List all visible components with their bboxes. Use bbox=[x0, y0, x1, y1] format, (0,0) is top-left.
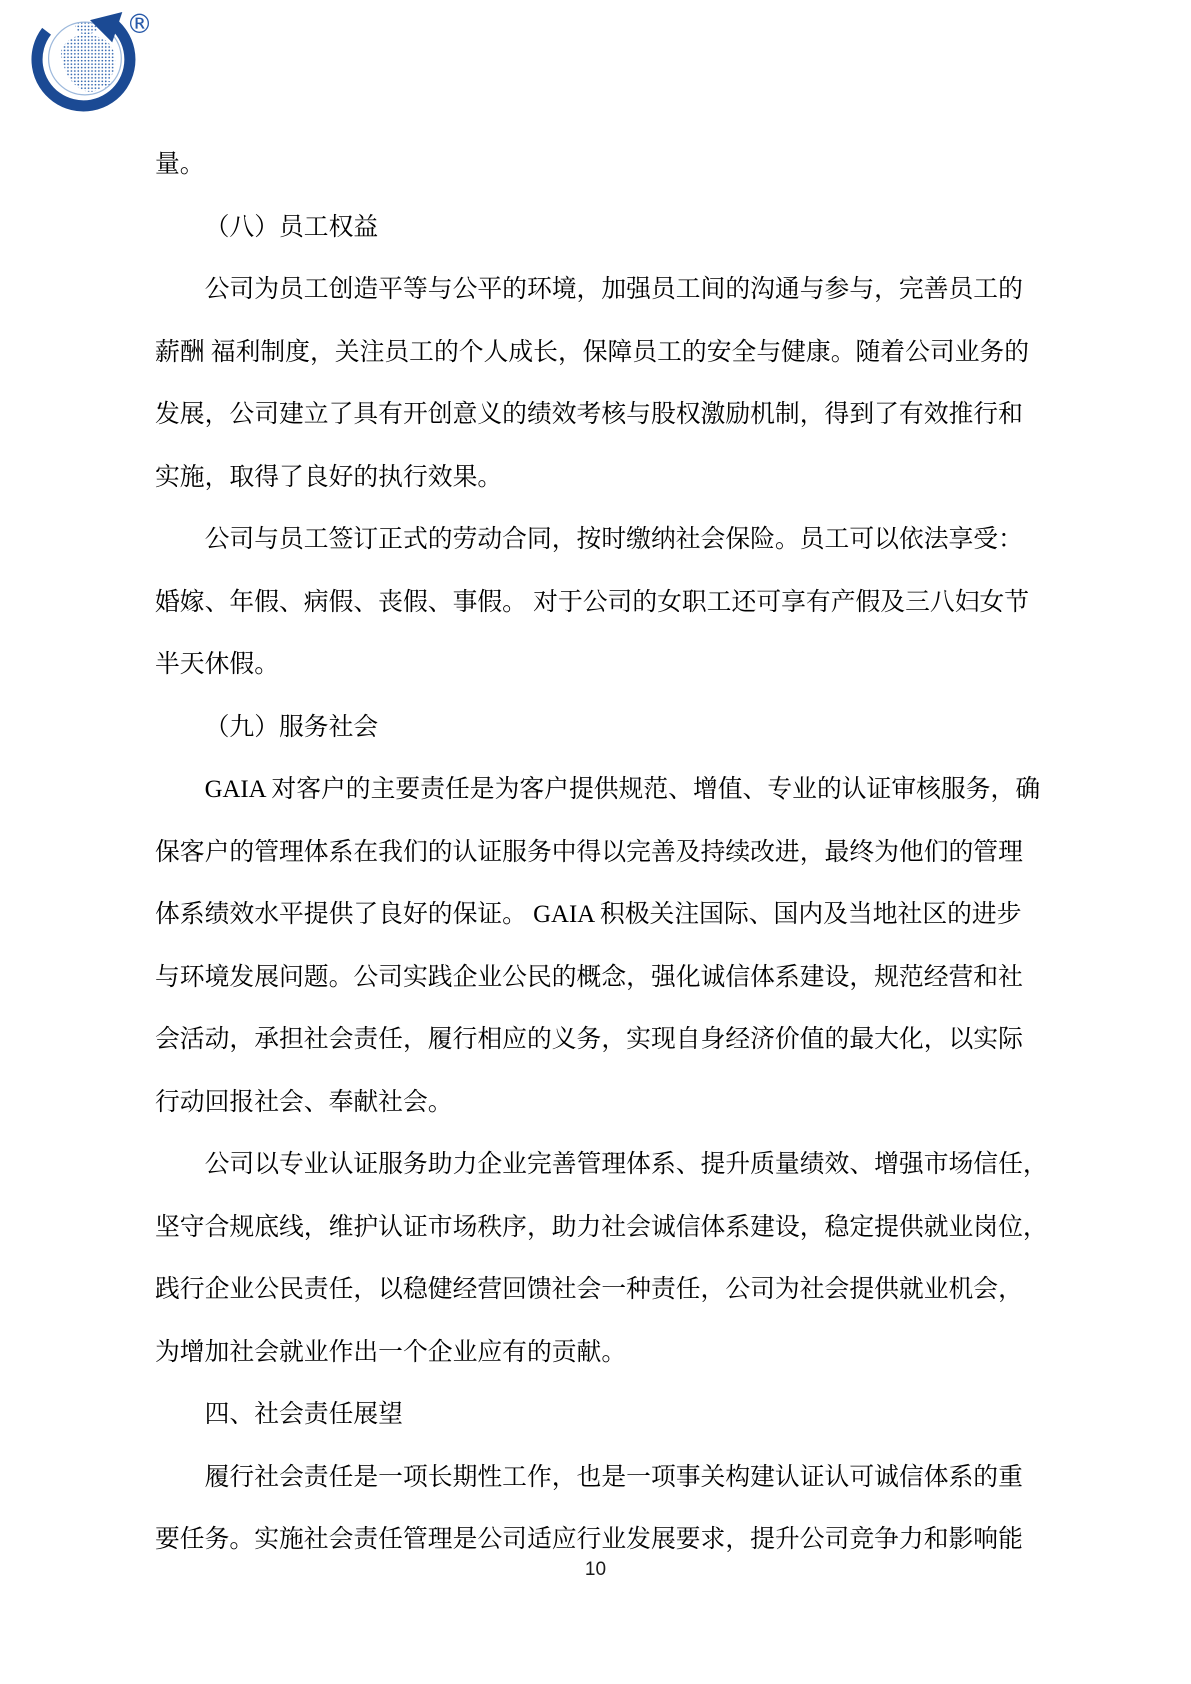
text-line: 半天休假。 bbox=[155, 634, 1050, 697]
text-line: 公司为员工创造平等与公平的环境，加强员工间的沟通与参与，完善员工的 bbox=[155, 259, 1050, 322]
text-line: 会活动，承担社会责任，履行相应的义务，实现自身经济价值的最大化，以实际 bbox=[155, 1009, 1050, 1072]
text-line: 实施，取得了良好的执行效果。 bbox=[155, 447, 1050, 510]
section-heading-8-employee-rights: （八）员工权益 bbox=[155, 197, 1050, 260]
globe-arrow-logo-icon: ® bbox=[32, 8, 150, 112]
text-line: 行动回报社会、奉献社会。 bbox=[155, 1072, 1050, 1135]
text-line: 量。 bbox=[155, 134, 1050, 197]
text-line: 为增加社会就业作出一个企业应有的贡献。 bbox=[155, 1322, 1050, 1385]
company-logo: ® bbox=[32, 8, 150, 112]
text-line: 薪酬 福利制度，关注员工的个人成长，保障员工的安全与健康。随着公司业务的 bbox=[155, 322, 1050, 385]
text-line: 公司与员工签订正式的劳动合同，按时缴纳社会保险。员工可以依法享受： bbox=[155, 509, 1050, 572]
text-line: 坚守合规底线，维护认证市场秩序，助力社会诚信体系建设，稳定提供就业岗位， bbox=[155, 1197, 1050, 1260]
registered-trademark-icon: ® bbox=[126, 10, 152, 40]
text-line: 与环境发展问题。公司实践企业公民的概念，强化诚信体系建设，规范经营和社 bbox=[155, 947, 1050, 1010]
section-heading-4-csr-outlook: 四、社会责任展望 bbox=[155, 1384, 1050, 1447]
document-body: 量。 （八）员工权益 公司为员工创造平等与公平的环境，加强员工间的沟通与参与，完… bbox=[155, 134, 1050, 1572]
text-line: 发展，公司建立了具有开创意义的绩效考核与股权激励机制，得到了有效推行和 bbox=[155, 384, 1050, 447]
text-line: 践行企业公民责任，以稳健经营回馈社会一种责任，公司为社会提供就业机会， bbox=[155, 1259, 1050, 1322]
text-line: 婚嫁、年假、病假、丧假、事假。 对于公司的女职工还可享有产假及三八妇女节 bbox=[155, 572, 1050, 635]
text-line: GAIA 对客户的主要责任是为客户提供规范、增值、专业的认证审核服务，确 bbox=[155, 759, 1050, 822]
section-heading-9-serving-society: （九）服务社会 bbox=[155, 697, 1050, 760]
text-line: 公司以专业认证服务助力企业完善管理体系、提升质量绩效、增强市场信任， bbox=[155, 1134, 1050, 1197]
text-line: 履行社会责任是一项长期性工作，也是一项事关构建认证认可诚信体系的重 bbox=[155, 1447, 1050, 1510]
text-line: 体系绩效水平提供了良好的保证。 GAIA 积极关注国际、国内及当地社区的进步 bbox=[155, 884, 1050, 947]
page-number: 10 bbox=[0, 1559, 1191, 1581]
text-line: 保客户的管理体系在我们的认证服务中得以完善及持续改进，最终为他们的管理 bbox=[155, 822, 1050, 885]
